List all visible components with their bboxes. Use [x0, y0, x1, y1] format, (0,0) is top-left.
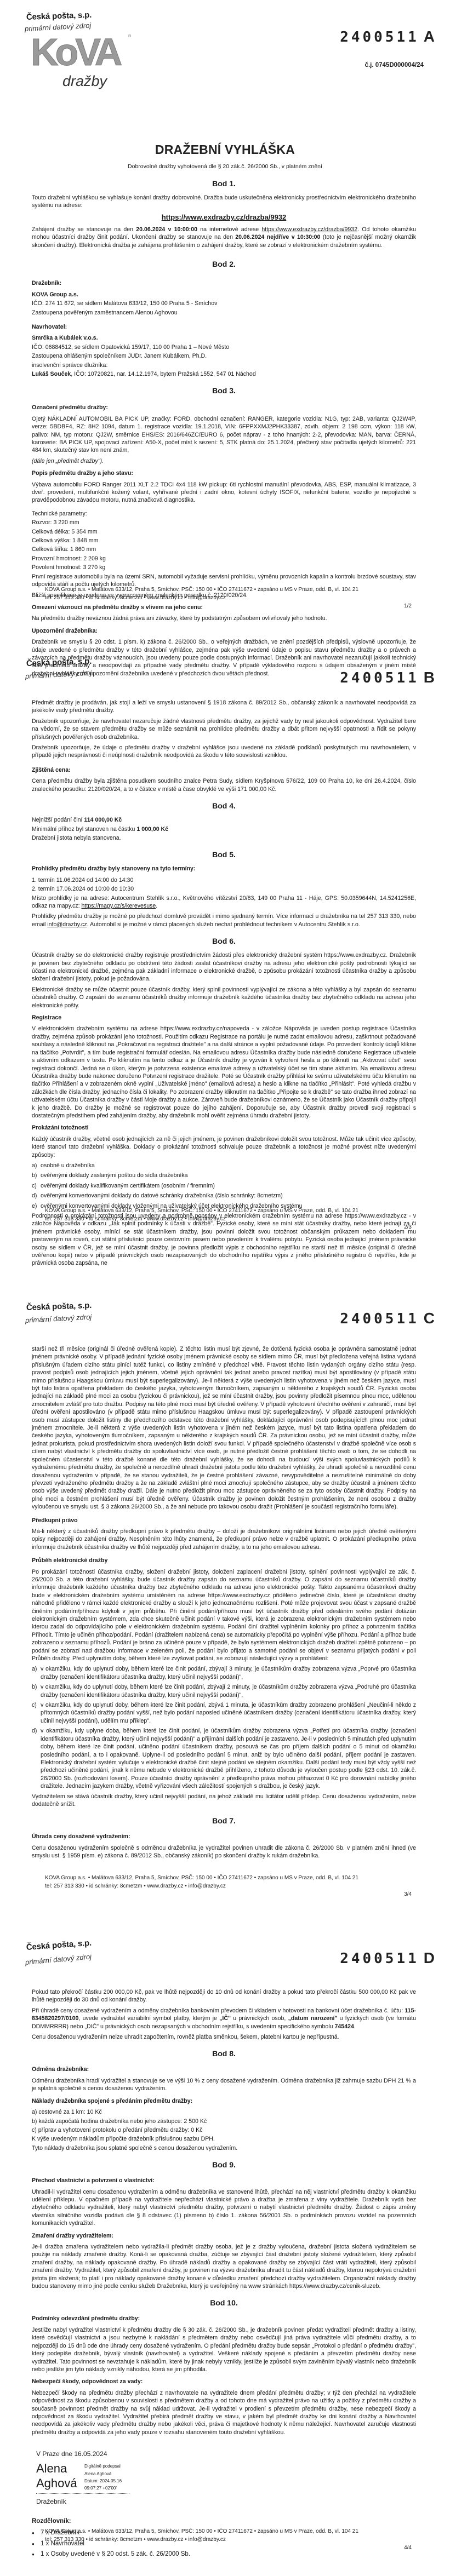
bod1-intro: Touto dražební vyhláškou se vyhlašuje ko… [32, 194, 416, 210]
auctioneer-name: KOVA Group a.s. [32, 291, 416, 299]
text: . [156, 903, 157, 909]
label: Nejnižší podání činí [32, 817, 84, 823]
subject-text: Ojetý NÁKLADNÍ AUTOMOBIL BA PICK UP, zna… [32, 415, 416, 455]
email-link[interactable]: info@drazby.cz [47, 921, 87, 928]
text: na internetové adrese [197, 226, 261, 233]
payment-label: Úhrada ceny dosažené vydražením: [32, 1833, 416, 1840]
text: Zahájení dražby se stanovuje na den [32, 226, 136, 233]
footer-company-line: KOVA Group a.s. • Malátova 633/12, Praha… [45, 2528, 412, 2536]
section-heading-bod-9: Bod 9. [32, 2160, 416, 2170]
page-4: Česká pošta, s.p. primární datový zdroj … [0, 1935, 450, 2576]
page-2: Česká pošta, s.p. primární datový zdroj … [0, 647, 450, 1293]
list-text: osobně u dražebníka [41, 1162, 95, 1169]
text: u právnických osob, [231, 2015, 288, 2022]
list-text: ověřenými konvertovanými doklady do dato… [41, 1192, 283, 1200]
list-item: a)v okamžiku, kdy do uplynutí doby, běhe… [32, 1665, 416, 1681]
text: . [354, 2023, 356, 2030]
list-item: c)ověřenými doklady kvalifikovaným certi… [32, 1182, 416, 1190]
start-datetime: 20.06.2024 v 10:00:00 [136, 226, 197, 233]
bank-payment-text: Při úhradě ceny dosažené vydražením a od… [32, 2007, 416, 2030]
registered-mark-icon: ® [128, 34, 131, 39]
signature-place-date: V Praze dne 16.05.2024 [36, 2449, 416, 2458]
minimum-increment: Minimální příhoz byl stanoven na částku … [32, 825, 416, 833]
page-header: Česká pošta, s.p. primární datový zdroj … [0, 647, 450, 697]
frustration-label: Zmaření dražby vydražitelem: [32, 2232, 416, 2240]
handover-label: Podmínky odevzdání předmětu dražby: [32, 2315, 416, 2322]
bullet-icon: ● [32, 2529, 41, 2538]
page-title: DRAŽEBNÍ VYHLÁŠKA [0, 141, 450, 158]
viewings-label: Prohlídky předmětu dražby byly stanoveny… [32, 865, 416, 873]
tech-param: Rozvor: 3 220 mm [32, 519, 416, 526]
postal-source-label: primární datový zdroj [25, 1312, 92, 1326]
auction-course-label: Průběh elektronické dražby [32, 1557, 416, 1564]
kova-logo: KoVA ® dražby [31, 33, 132, 96]
footer-contact-line: tel: 257 313 330 • id schránky: 8cmetzm … [45, 1215, 412, 1224]
notice-label: Upozornění dražebníka: [32, 627, 416, 635]
price-label: Zjištěná cena: [32, 766, 416, 774]
description-text: Výbava automobilu FORD Ranger 2011 XLT 2… [32, 481, 416, 504]
list-marker: e) [32, 1202, 41, 1210]
stamp-digits: 2400511 [340, 1950, 419, 1967]
viewing-date: 1. termín 11.06.2024 od 14:00 do 14:30 [32, 876, 416, 884]
proposer-label: Navrhovatel: [32, 323, 416, 331]
debtor-info: Lukáš Souček, IČO: 10720821, nar. 14.12.… [32, 370, 416, 378]
tech-param: Celková výška: 1 848 mm [32, 537, 416, 544]
list-item: d)v okamžiku, kdy uplyne doba, během kte… [32, 1727, 416, 1790]
footer-contact-line: tel: 257 313 330 • id schránky: 8cmetzm … [45, 594, 412, 603]
auction-calls-list: a)v okamžiku, kdy do uplynutí doby, běhe… [32, 1665, 416, 1790]
paragraph: Účastník dražby se do elektronické dražb… [32, 951, 416, 983]
list-item: d)ověřenými konvertovanými doklady do da… [32, 1192, 416, 1200]
stamp-digits: 2400511 [340, 670, 419, 686]
page-number: 2/3 [404, 1224, 412, 1232]
section-heading-bod-10: Bod 10. [32, 2298, 416, 2308]
cost-item: a) cestovné za 1 km: 10 Kč [32, 2108, 416, 2116]
page-number: 4/4 [404, 2544, 412, 2552]
page-1: Česká pošta, s.p. primární datový zdroj … [0, 0, 450, 646]
stamp-letter: C [424, 1310, 435, 1327]
stamp-number: 2400511C [340, 1308, 435, 1329]
list-text: ověřenými doklady kvalifikovaným certifi… [41, 1182, 215, 1190]
frustration-text: Je-li dražba zmařena vydražitelem nebo v… [32, 2243, 416, 2290]
postal-source-label: primární datový zdroj [25, 668, 92, 681]
section-heading-bod-6: Bod 6. [32, 936, 416, 946]
tech-param: Celková šířka: 1 860 mm [32, 546, 416, 553]
tech-param: Celková délka: 5 354 mm [32, 528, 416, 536]
footer-contact-line: tel: 257 313 330 • id schránky: 8cmetzm … [45, 2536, 412, 2544]
stamp-number: 2400511A [340, 26, 435, 47]
signature-meta-line: Digitálně podepsal [84, 2463, 122, 2470]
deposit-note: Dražební jistota nebyla stanovena. [32, 834, 416, 842]
trustee-label: insolvenční správce dlužníka: [32, 362, 416, 369]
page-header: Česká pošta, s.p. primární datový zdroj … [0, 1294, 450, 1343]
debtor-name: Lukáš Souček [32, 371, 71, 377]
page-footer: KOVA Group a.s. • Malátova 633/12, Praha… [45, 1874, 412, 1890]
distribution-label: Rozdělovník: [32, 2517, 416, 2526]
description-label: Popis předmětu dražby a jeho stavu: [32, 469, 416, 477]
paragraph: Předmět dražby je prodáván, jak stojí a … [32, 699, 416, 715]
section-heading-bod-5: Bod 5. [32, 850, 416, 860]
logo-mark: KoVA [31, 33, 132, 71]
paragraph: Dražebník upozorňuje, že údaje o předmět… [32, 744, 416, 760]
auctioneer-id: IČO: 274 11 672, se sídlem Malátova 633/… [32, 300, 416, 307]
list-marker: a) [32, 1162, 41, 1169]
registration-text: V elektronickém dražebním systému na adr… [32, 1025, 416, 1120]
registration-label: Registrace [32, 1014, 416, 1022]
section-heading-bod-1: Bod 1. [32, 179, 416, 189]
page-body: starší než tři měsíce (originál či úředn… [0, 1343, 450, 1860]
minimum-bid-value: 114 000,00 Kč [84, 817, 122, 823]
signature-meta-line: Datum: 2024.05.16 [84, 2477, 122, 2485]
label: Minimální příhoz byl stanoven na částku [32, 826, 136, 833]
list-marker: a) [32, 1665, 41, 1681]
stamp-letter: B [424, 669, 435, 686]
auction-notice-document: Česká pošta, s.p. primární datový zdroj … [0, 0, 450, 2576]
limits-label: Omezení váznoucí na předmětu dražby s vl… [32, 604, 416, 611]
identity-details-continued: starší než tři měsíce (originál či úředn… [32, 1345, 416, 1511]
list-marker: c) [32, 1182, 41, 1190]
footer-company-line: KOVA Group a.s. • Malátova 633/12, Praha… [45, 1207, 412, 1215]
list-item: a)osobně u dražebníka [32, 1162, 416, 1169]
list-item: ●1 x Osoby uvedené v § 20 odst. 5 zák. č… [32, 2550, 416, 2559]
stamp-letter: A [424, 28, 435, 45]
stamp-number: 2400511D [340, 1948, 435, 1969]
signer-first-name: Alena [36, 2462, 84, 2476]
footer-company-line: KOVA Group a.s. • Malátova 633/12, Praha… [45, 586, 412, 594]
cost-item: c) příprav a vyhotovení protokolu o před… [32, 2126, 416, 2134]
handover-text: Jestliže nabyl vydražitel vlastnictví k … [32, 2326, 416, 2373]
bod1-schedule: Zahájení dražby se stanovuje na den 20.0… [32, 226, 416, 249]
page-3: Česká pošta, s.p. primární datový zdroj … [0, 1294, 450, 1934]
specific-symbol: 745424 [335, 2023, 354, 2030]
identity-text: Každý účastník dražby, včetně osob jedna… [32, 1135, 416, 1159]
tech-param: Povolení hmotnost: 3 270 kg [32, 564, 416, 571]
list-text: v okamžiku, kdy uplyne doba, během které… [41, 1727, 416, 1790]
paragraph: Dražebník upozorňuje, že navrhovatel nez… [32, 718, 416, 741]
logo-subtitle: dražby [62, 71, 107, 91]
identity-label: Prokázání totožnosti [32, 1124, 416, 1132]
list-text: 1 x Osoby uvedené v § 20 odst. 5 zák. č.… [41, 2550, 190, 2559]
preemption-label: Předkupní právo [32, 1517, 416, 1524]
fee-text: Odměnu dražebníka hradí vydražitel a sta… [32, 2077, 416, 2093]
viewing-place: Místo prohlídky je na adrese: Autocentru… [32, 894, 416, 910]
map-link[interactable]: https://mapy.cz/s/kerevesuse [81, 903, 156, 909]
text: , uvede vydražitel variabilní symbol pla… [78, 2015, 219, 2022]
stamp-letter: D [424, 1949, 435, 1966]
page-footer: KOVA Group a.s. • Malátova 633/12, Praha… [45, 586, 412, 602]
auctioneer-representative: Zastoupena pověřeným zaměstnancem Alenou… [32, 309, 416, 317]
cost-item: Tyto náklady dražebníka jsou splatné spo… [32, 2144, 416, 2152]
minimum-increment-value: 1 000,00 Kč [136, 826, 168, 833]
section-heading-bod-2: Bod 2. [32, 259, 416, 269]
stamp-number: 2400511B [340, 667, 435, 688]
risk-label: Nebezpečí škody, odpovědnost za vady: [32, 2378, 416, 2385]
signature-meta-line: 09:07:27 +02'00' [84, 2485, 122, 2492]
list-marker: b) [32, 1683, 41, 1699]
ownership-label: Přechod vlastnictví a potvrzení o vlastn… [32, 2177, 416, 2184]
list-marker: b) [32, 1172, 41, 1179]
stamp-digits: 2400511 [340, 1311, 419, 1327]
risk-text: Nebezpečí škody na předmětu dražby přech… [32, 2389, 416, 2436]
footer-company-line: KOVA Group a.s. • Malátova 633/12, Praha… [45, 1874, 412, 1883]
list-marker: d) [32, 1192, 41, 1200]
footer-contact-line: tel: 257 313 330 • id schránky: 8cmetzm … [45, 1883, 412, 1891]
signer-last-name: Aghová [36, 2476, 84, 2491]
tech-params-label: Technické parametry: [32, 510, 416, 518]
proposer-id: IČO: 06884512, se sídlem Opatovická 159/… [32, 343, 416, 351]
list-text: v okamžiku, kdy do uplynutí doby, během … [41, 1701, 416, 1725]
list-marker: c) [32, 1701, 41, 1725]
cost-item: K výše uvedeným nákladům připočte dražeb… [32, 2135, 416, 2143]
auction-course-text: Po prokázání totožnosti účastníka dražby… [32, 1568, 416, 1663]
list-item: c)v okamžiku, kdy do uplynutí doby, běhe… [32, 1701, 416, 1725]
viewing-other: Prohlídky předmětu dražby je možné po př… [32, 913, 416, 928]
subject-label: Označení předmětu dražby: [32, 404, 416, 411]
page-footer: KOVA Group a.s. • Malátova 633/12, Praha… [45, 1207, 412, 1223]
signer-role: Dražebník [36, 2497, 416, 2506]
section-heading-bod-7: Bod 7. [32, 1816, 416, 1826]
text: Při úhradě ceny dosažené vydražením a od… [32, 2007, 405, 2014]
signer-name: Alena Aghová [36, 2462, 84, 2492]
digital-signature: Alena Aghová Digitálně podepsal Alena Ag… [36, 2462, 129, 2494]
subject-note: (dále jen „předmět dražby"). [32, 457, 416, 465]
list-item: b)ověřenými doklady zaslanými poštou do … [32, 1172, 416, 1179]
costs-label: Náklady dražebníka spojené s předáním př… [32, 2097, 416, 2105]
page-footer: KOVA Group a.s. • Malátova 633/12, Praha… [45, 2528, 412, 2544]
signature-metadata: Digitálně podepsal Alena Aghová Datum: 2… [84, 2462, 122, 2492]
debtor-details: , IČO: 10720821, nar. 14.12.1974, bytem … [71, 371, 255, 377]
page-header: Česká pošta, s.p. primární datový zdroj … [0, 1935, 450, 1984]
postal-company-name: Česká pošta, s.p. [26, 1938, 92, 1954]
price-text: Cena předmětu dražby byla zjištěna posud… [32, 777, 416, 793]
payment-text: Cenu dosaženou vydražením společně s odm… [32, 1844, 416, 1860]
page-body: Pokud tato překročí částku 200 000,00 Kč… [0, 1984, 450, 2559]
postal-company-name: Česká pošta, s.p. [26, 656, 92, 670]
page-subtitle: Dobrovolné dražby vyhotovená dle § 20 zá… [0, 163, 450, 170]
tech-params-list: Rozvor: 3 220 mm Celková délka: 5 354 mm… [32, 519, 416, 571]
section-heading-bod-3: Bod 3. [32, 386, 416, 396]
minimum-bid: Nejnižší podání činí 114 000,00 Kč [32, 816, 416, 824]
tech-param: Provozní hmotnost: 2 209 kg [32, 555, 416, 563]
list-item: b)v okamžiku, kdy do uplynutí doby, běhe… [32, 1683, 416, 1699]
bullet-icon: ● [32, 2540, 41, 2549]
fee-label: Odměna dražebníka: [32, 2066, 416, 2073]
list-text: v okamžiku, kdy do uplynutí doby, během … [41, 1683, 416, 1699]
limits-text: Na předmětu dražby neváznou žádná práva … [32, 615, 416, 622]
auction-url-link[interactable]: https://www.exdrazby.cz/drazba/9932 [32, 213, 416, 222]
cost-item: b) každá započatá hodina dražebníka nebo… [32, 2118, 416, 2125]
page-header: Česká pošta, s.p. primární datový zdroj … [0, 0, 450, 99]
end-datetime: 20.06.2024 nejdříve v 10:30:00 [235, 234, 320, 240]
stamp-digits: 2400511 [340, 29, 419, 45]
auction-url-inline-link[interactable]: https://www.exdrazby.cz/drazba/9932 [261, 226, 357, 233]
paragraph: Cenu dosaženou vydražením nelze uhradit … [32, 2033, 416, 2041]
postal-company-name: Česká pošta, s.p. [26, 1300, 92, 1314]
page-number: 3/4 [404, 1891, 412, 1899]
page-body: Bod 1. Touto dražební vyhláškou se vyhla… [0, 179, 450, 678]
list-text: v okamžiku, kdy do uplynutí doby, během … [41, 1665, 416, 1681]
section-heading-bod-8: Bod 8. [32, 2049, 416, 2059]
paragraph: Elektronické dražby se může účastnit pou… [32, 986, 416, 1009]
identity-methods-list: a)osobně u dražebníka b)ověřenými doklad… [32, 1162, 416, 1210]
page-body: Předmět dražby je prodáván, jak stojí a … [0, 697, 450, 1267]
proposer-representative: Zastoupena ohlášeným společníkem JUDr. J… [32, 352, 416, 360]
text: „IČ" [219, 2015, 231, 2022]
text: . Automobil si je možné v rámci placenýc… [87, 921, 360, 928]
signature-meta-line: Alena Aghová [84, 2470, 122, 2477]
list-text: ověřenými doklady zaslanými poštou do sí… [41, 1172, 188, 1179]
signature-block: V Praze dne 16.05.2024 Alena Aghová Digi… [36, 2449, 416, 2506]
page-number: 1/2 [404, 603, 412, 611]
text: „datum narození" [288, 2015, 338, 2022]
reference-number: č.j. 0745D000004/24 [365, 61, 424, 70]
ownership-text: Uhradil-li vydražitel cenu dosaženou vyd… [32, 2188, 416, 2228]
proposer-name: Smrčka a Kubálek v.o.s. [32, 334, 416, 342]
auctioneer-label: Dražebník: [32, 279, 416, 287]
viewing-date: 2. termín 17.06.2024 od 10:00 do 10:30 [32, 885, 416, 893]
list-marker: d) [32, 1727, 41, 1790]
bullet-icon: ● [32, 2550, 41, 2559]
preemption-text: Má-li některý z účastníků dražby předkup… [32, 1528, 416, 1551]
winner-text: Vydražitelem se stává účastník dražby, k… [32, 1793, 416, 1809]
section-heading-bod-4: Bod 4. [32, 801, 416, 811]
postal-source-label: primární datový zdroj [25, 1952, 92, 1967]
paragraph: Pokud tato překročí částku 200 000,00 Kč… [32, 1988, 416, 2004]
